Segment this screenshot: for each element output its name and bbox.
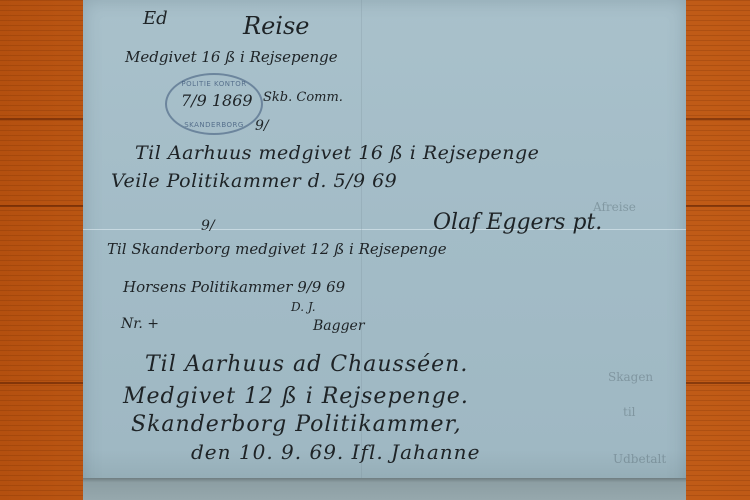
- header-title: Reise: [243, 12, 309, 40]
- entry-line3: Veile Politikammer d. 5/9 69: [111, 170, 397, 192]
- entry-line2: Til Aarhuus medgivet 16 ß i Rejsepenge: [135, 142, 539, 164]
- stamp-top-text: POLITIE KONTOR: [167, 80, 261, 88]
- police-office-stamp: POLITIE KONTOR 7/9 1869 SKANDERBORG: [165, 73, 263, 135]
- faint-printed-text: Afreise: [593, 200, 636, 214]
- initials-1: Skb. Comm.: [263, 90, 343, 105]
- entry-line7: Medgivet 12 ß i Rejsepenge.: [123, 384, 469, 409]
- faint-printed-text: Skagen: [608, 370, 653, 384]
- document-paper: POLITIE KONTOR 7/9 1869 SKANDERBORG Ed R…: [83, 0, 686, 500]
- entry-line1: Medgivet 16 ß i Rejsepenge: [125, 48, 338, 66]
- margin-mark-3: Nr. +: [121, 316, 159, 332]
- faint-printed-text: til: [623, 405, 636, 419]
- signature-2: Bagger: [313, 318, 365, 334]
- margin-mark-1: 9/: [255, 118, 269, 134]
- entry-line6: Til Aarhuus ad Chausséen.: [145, 352, 468, 377]
- initials-2: D. J.: [291, 300, 316, 314]
- entry-line4: Til Skanderborg medgivet 12 ß i Rejsepen…: [107, 240, 447, 258]
- stamp-date: 7/9 1869: [181, 91, 253, 110]
- faint-printed-text: Udbetalt: [613, 452, 666, 466]
- entry-line5: Horsens Politikammer 9/9 69: [123, 278, 345, 296]
- signature-1: Olaf Eggers pt.: [433, 210, 602, 235]
- stamp-bottom-text: SKANDERBORG: [167, 121, 261, 129]
- entry-line9: den 10. 9. 69. Ifl. Jahanne: [191, 440, 480, 464]
- header-left: Ed: [143, 8, 168, 29]
- paper-bottom-fold: [83, 478, 686, 500]
- entry-line8: Skanderborg Politikammer,: [131, 412, 462, 437]
- margin-mark-2: 9/: [201, 218, 215, 234]
